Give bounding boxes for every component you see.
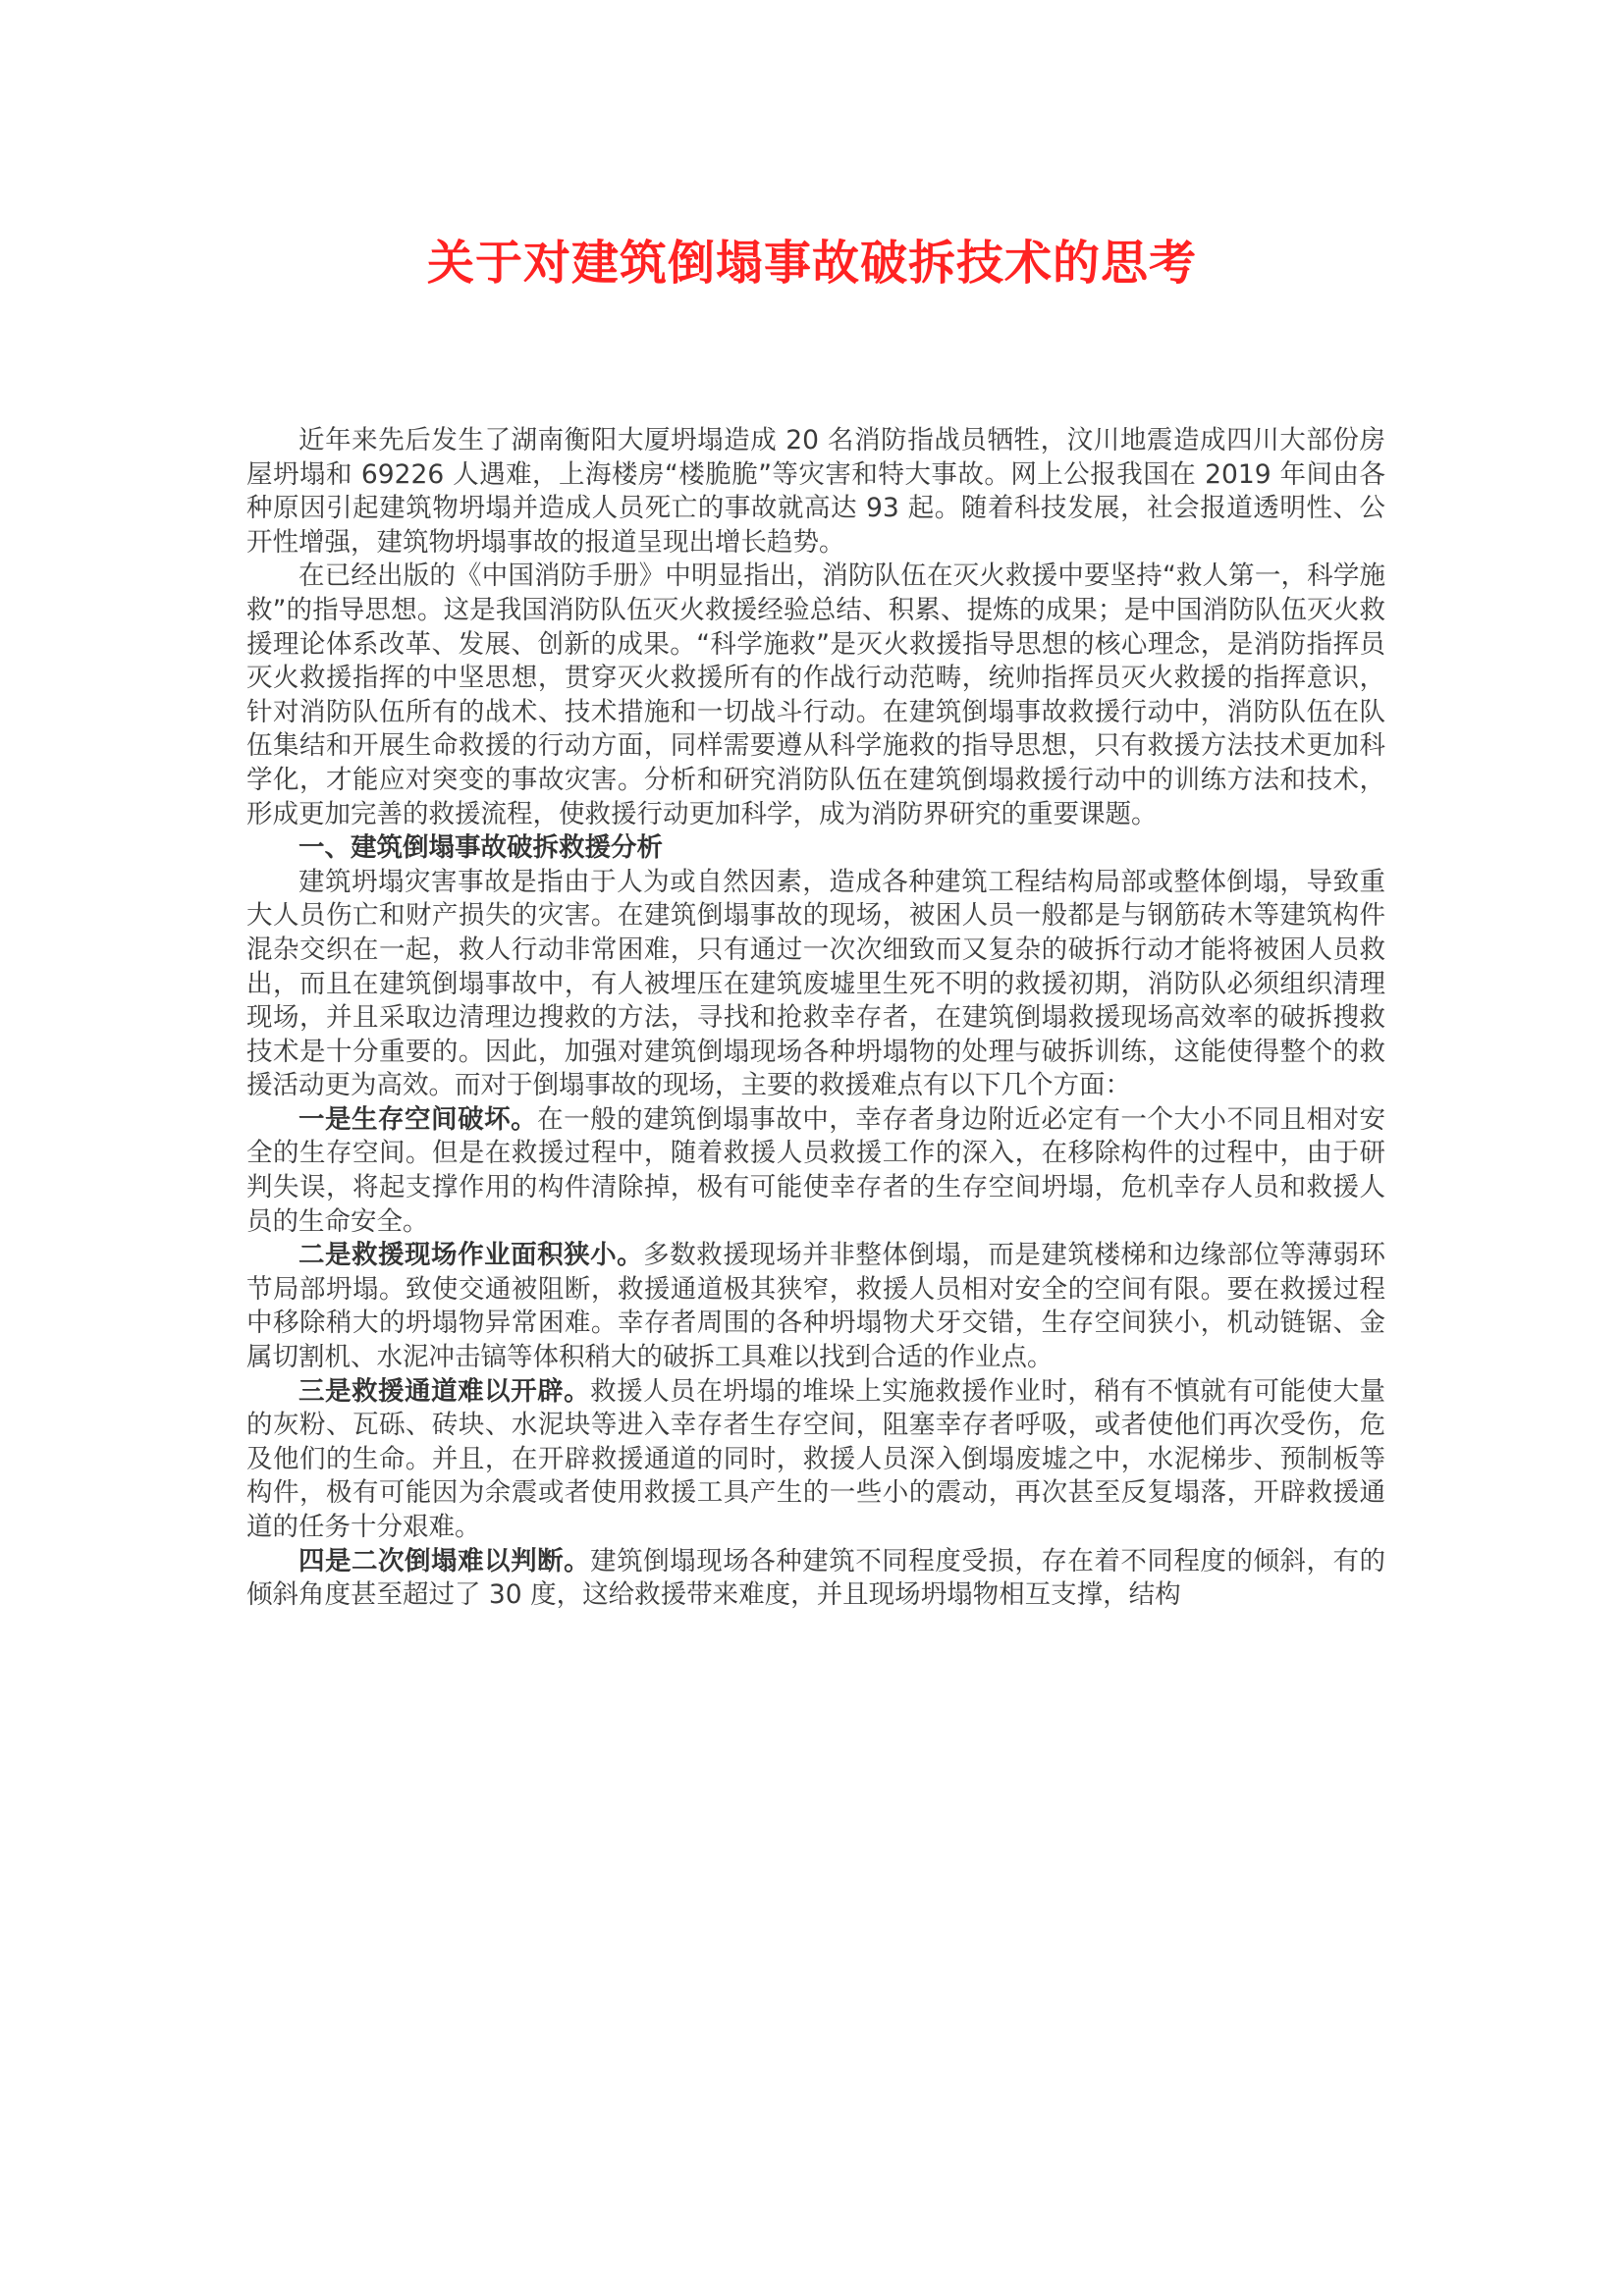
point-3: 三是救援通道难以开辟。救援人员在坍塌的堆垛上实施救援作业时，稍有不慎就有可能使大…	[246, 1375, 1385, 1545]
document-title: 关于对建筑倒塌事故破拆技术的思考	[0, 224, 1624, 302]
point-3-lead: 三是救援通道难以开辟。	[298, 1376, 590, 1407]
document-page: 关于对建筑倒塌事故破拆技术的思考 近年来先后发生了湖南衡阳大厦坍塌造成 20 名…	[0, 0, 1624, 2296]
section-heading-1: 一、建筑倒塌事故破拆救援分析	[246, 831, 1385, 866]
point-1: 一是生存空间破坏。在一般的建筑倒塌事故中，幸存者身边附近必定有一个大小不同且相对…	[246, 1103, 1385, 1239]
point-2: 二是救援现场作业面积狭小。多数救援现场并非整体倒塌，而是建筑楼梯和边缘部位等薄弱…	[246, 1239, 1385, 1374]
point-1-lead: 一是生存空间破坏。	[298, 1104, 537, 1135]
document-body: 近年来先后发生了湖南衡阳大厦坍塌造成 20 名消防指战员牺牲，汶川地震造成四川大…	[246, 424, 1385, 1613]
paragraph-guiding-principle: 在已经出版的《中国消防手册》中明显指出，消防队伍在灭火救援中要坚持“救人第一，科…	[246, 560, 1385, 831]
point-4-lead: 四是二次倒塌难以判断。	[298, 1546, 590, 1576]
point-2-lead: 二是救援现场作业面积狭小。	[298, 1240, 643, 1270]
section-1-intro: 建筑坍塌灾害事故是指由于人为或自然因素，造成各种建筑工程结构局部或整体倒塌，导致…	[246, 866, 1385, 1103]
point-4: 四是二次倒塌难以判断。建筑倒塌现场各种建筑不同程度受损，存在着不同程度的倾斜，有…	[246, 1545, 1385, 1613]
paragraph-intro: 近年来先后发生了湖南衡阳大厦坍塌造成 20 名消防指战员牺牲，汶川地震造成四川大…	[246, 424, 1385, 560]
